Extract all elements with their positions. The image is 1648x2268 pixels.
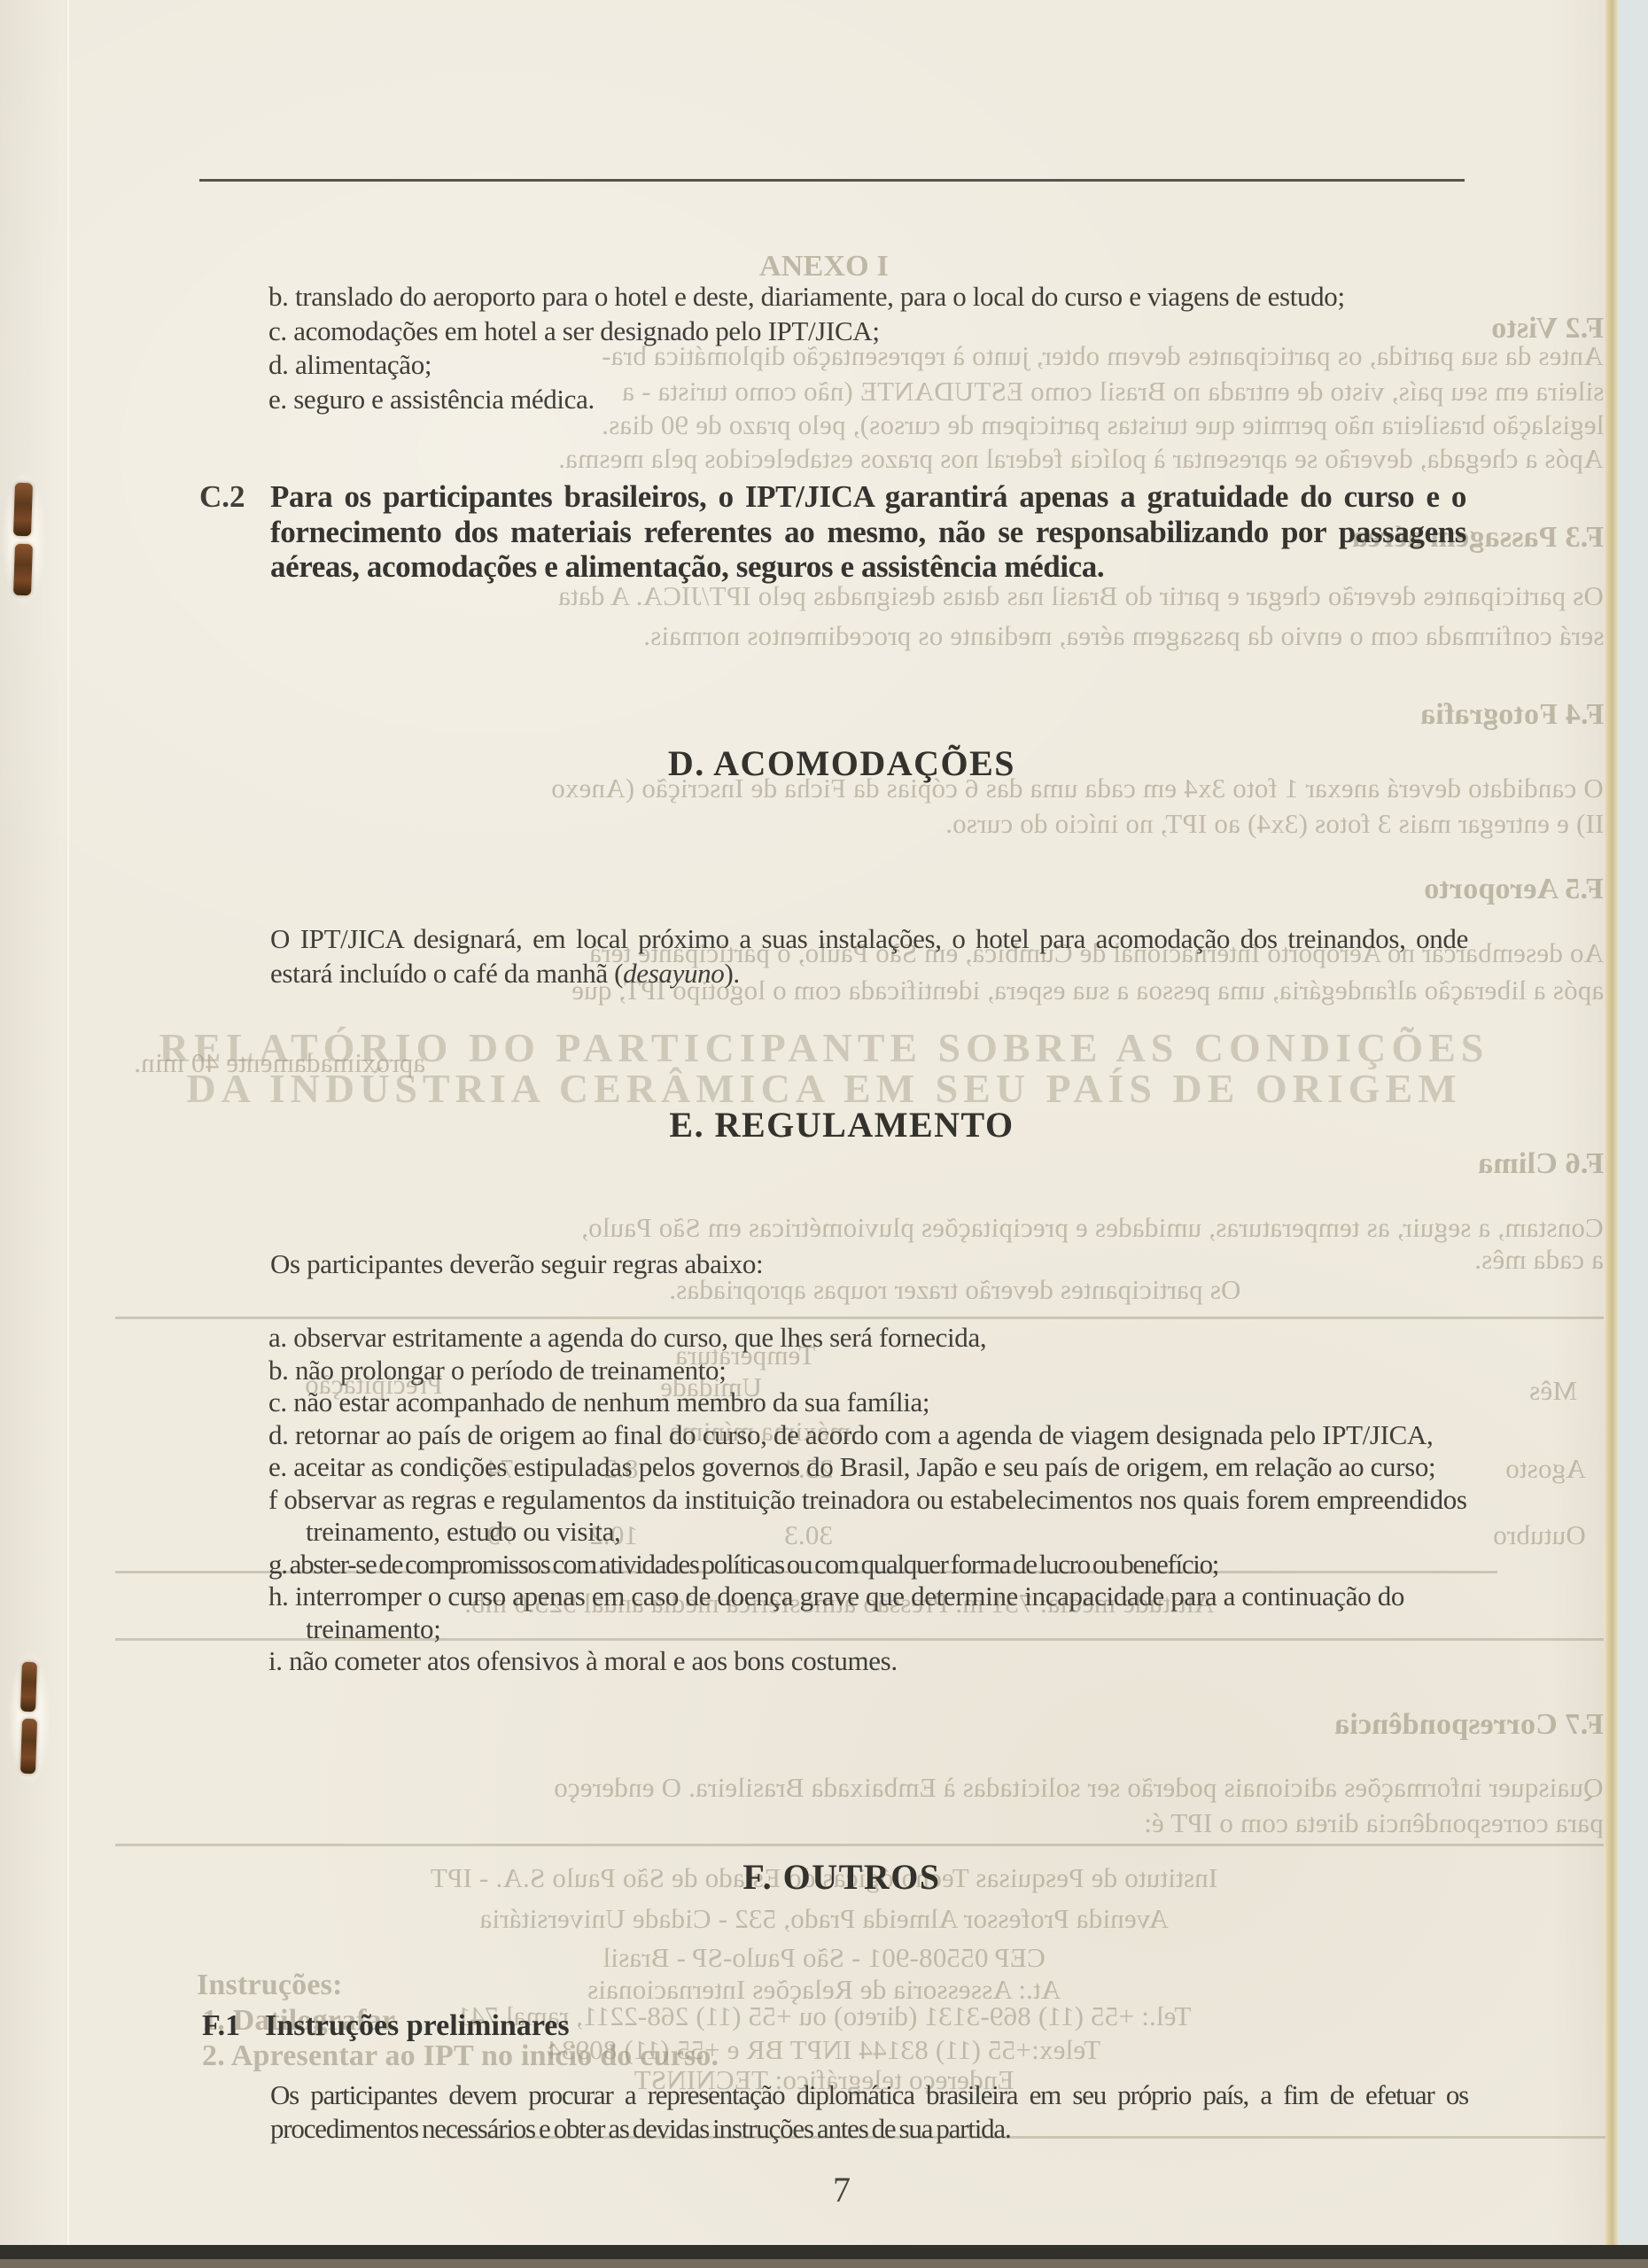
- bleed-text: ANEXO I: [759, 250, 889, 283]
- scan-bottom-shadow: [0, 2259, 1648, 2268]
- rule-item-label: h.: [268, 1581, 295, 1612]
- list-item-text: seguro e assistência médica.: [293, 384, 595, 415]
- bleed-text: CEP 05508-901 - São Paulo-SP - Brasil: [602, 1942, 1045, 1974]
- rule-item-label: a.: [268, 1322, 293, 1353]
- bleed-text: Outubro: [1493, 1519, 1586, 1551]
- paragraph-acomodacoes-pre: O IPT/JICA designará, em local próximo a…: [270, 923, 1468, 989]
- paragraph-acomodacoes-post: ).: [724, 958, 739, 989]
- rule-item-text: interromper o curso apenas em caso de do…: [295, 1581, 1404, 1644]
- top-horizontal-rule: [199, 179, 1465, 182]
- bleed-text: F.6 Clima: [1478, 1147, 1604, 1181]
- rule-item: h. interromper o curso apenas em caso de…: [268, 1581, 1481, 1645]
- rule-item-text: abster-se de compromissos com atividades…: [290, 1549, 1219, 1580]
- section-c2: C.2 Para os participantes brasileiros, o…: [199, 479, 1466, 585]
- regulamento-intro: Os participantes deverão seguir regras a…: [270, 1247, 1482, 1282]
- bleed-text: Instruções:: [197, 1969, 343, 2002]
- bleed-text: Mês: [1529, 1375, 1577, 1407]
- rule-item: c. não estar acompanhado de nenhum membr…: [268, 1386, 1481, 1419]
- bleed-text: para correspondência direta com o IPT é:: [1144, 1807, 1604, 1839]
- rule-item-text: observar as regras e regulamentos da ins…: [284, 1484, 1466, 1548]
- section-c2-label: C.2: [199, 479, 245, 515]
- rule-item-label: b.: [268, 1355, 295, 1386]
- bleed-text: a cada mês.: [1474, 1244, 1604, 1276]
- bleed-text: Avenida Professor Almeida Prado, 532 - C…: [479, 1903, 1168, 1935]
- binding-crease: [67, 0, 69, 2245]
- bleed-text: F.5 Aeroporto: [1424, 873, 1604, 906]
- bleed-rule: [115, 1844, 1604, 1846]
- staple-mark: [20, 1662, 37, 1713]
- list-item-label: d.: [268, 349, 295, 380]
- bleed-text: 2. Apresentar ao IPT no início do curso.: [202, 2039, 719, 2073]
- paragraph-acomodacoes: O IPT/JICA designará, em local próximo a…: [270, 922, 1468, 990]
- list-item-label: b.: [268, 281, 295, 312]
- list-item: d. alimentação;: [268, 348, 1481, 383]
- subsection-f1-title: Instruções preliminares: [265, 2009, 569, 2042]
- list-item: b. translado do aeroporto para o hotel e…: [268, 280, 1481, 315]
- bleed-text: Constam, a seguir, as temperaturas, umid…: [581, 1212, 1604, 1244]
- staple-mark: [13, 544, 33, 596]
- rule-item-label: g.: [268, 1549, 290, 1580]
- scanned-document-page: ANEXO IF.2 VistoAntes da sua partida, os…: [0, 0, 1648, 2268]
- rule-item-label: d.: [268, 1419, 295, 1450]
- rules-list: a. observar estritamente a agenda do cur…: [268, 1322, 1481, 1678]
- staple-mark: [13, 483, 33, 537]
- rule-item: e. aceitar as condições estipuladas pelo…: [268, 1451, 1481, 1484]
- bleed-rule: [115, 1317, 1604, 1319]
- rule-item: d. retornar ao país de origem ao final d…: [268, 1419, 1481, 1452]
- bleed-text: F.4 Fotografia: [1420, 698, 1604, 732]
- rule-item-label: c.: [268, 1386, 293, 1417]
- rule-item-label: e.: [268, 1451, 293, 1482]
- list-item-label: e.: [268, 384, 293, 415]
- rule-item: a. observar estritamente a agenda do cur…: [268, 1322, 1481, 1355]
- rule-item-text: não prolongar o período de treinamento;: [295, 1355, 727, 1386]
- staple-mark: [20, 1719, 37, 1775]
- rule-item-text: não estar acompanhado de nenhum membro d…: [293, 1386, 929, 1417]
- bleed-text: Agosto: [1505, 1453, 1586, 1485]
- bleed-text: Quaisquer informações adicionais poderão…: [554, 1772, 1604, 1804]
- rule-item-text: observar estritamente a agenda do curso,…: [293, 1322, 986, 1353]
- paragraph-f1: Os participantes devem procurar a repres…: [270, 2078, 1468, 2146]
- heading-outros: F. OUTROS: [106, 1856, 1577, 1898]
- rule-item-label: f: [268, 1484, 284, 1515]
- heading-regulamento: E. REGULAMENTO: [106, 1104, 1577, 1146]
- bleed-text: Os participantes deverão chegar e partir…: [558, 580, 1604, 612]
- page-right-edge: [1605, 0, 1618, 2268]
- travel-benefits-list: b. translado do aeroporto para o hotel e…: [268, 280, 1481, 416]
- list-item-text: translado do aeroporto para o hotel e de…: [295, 281, 1345, 312]
- paragraph-acomodacoes-italic: desayuno: [623, 958, 724, 989]
- rule-item: f observar as regras e regulamentos da i…: [268, 1484, 1481, 1549]
- rule-item: i. não cometer atos ofensivos à moral e …: [268, 1645, 1481, 1678]
- subsection-f1: F.1Instruções preliminares: [202, 2009, 570, 2043]
- rule-item-text: não cometer atos ofensivos à moral e aos…: [289, 1645, 898, 1676]
- bleed-text: II) e entregar mais 3 fotos (3x4) ao IPT…: [945, 808, 1604, 840]
- bleed-text: Após a chegada, deverão se apresentar à …: [558, 443, 1604, 475]
- rule-item: b. não prolongar o período de treinament…: [268, 1355, 1481, 1387]
- rule-item-label: i.: [268, 1645, 289, 1676]
- bleed-text: F.7 Correspondência: [1334, 1708, 1604, 1742]
- section-c2-text: Para os participantes brasileiros, o IPT…: [270, 479, 1466, 585]
- rule-item: g. abster-se de compromissos com ativida…: [268, 1549, 1481, 1581]
- list-item-text: alimentação;: [295, 349, 431, 380]
- rule-item-text: aceitar as condições estipuladas pelos g…: [293, 1451, 1435, 1482]
- page-bottom-edge: [0, 2245, 1648, 2259]
- list-item: e. seguro e assistência médica.: [268, 383, 1481, 417]
- page-number: 7: [106, 2169, 1577, 2210]
- list-item-label: c.: [268, 315, 293, 346]
- heading-acomodacoes: D. ACOMODAÇÕES: [106, 742, 1577, 784]
- scanner-background-strip: [1618, 0, 1648, 2268]
- list-item: c. acomodações em hotel a ser designado …: [268, 315, 1481, 349]
- bleed-text: será confirmada com o envio da passagem …: [643, 620, 1604, 652]
- subsection-f1-label: F.1: [202, 2009, 240, 2042]
- list-item-text: acomodações em hotel a ser designado pel…: [293, 315, 879, 346]
- rule-item-text: retornar ao país de origem ao final do c…: [295, 1419, 1433, 1450]
